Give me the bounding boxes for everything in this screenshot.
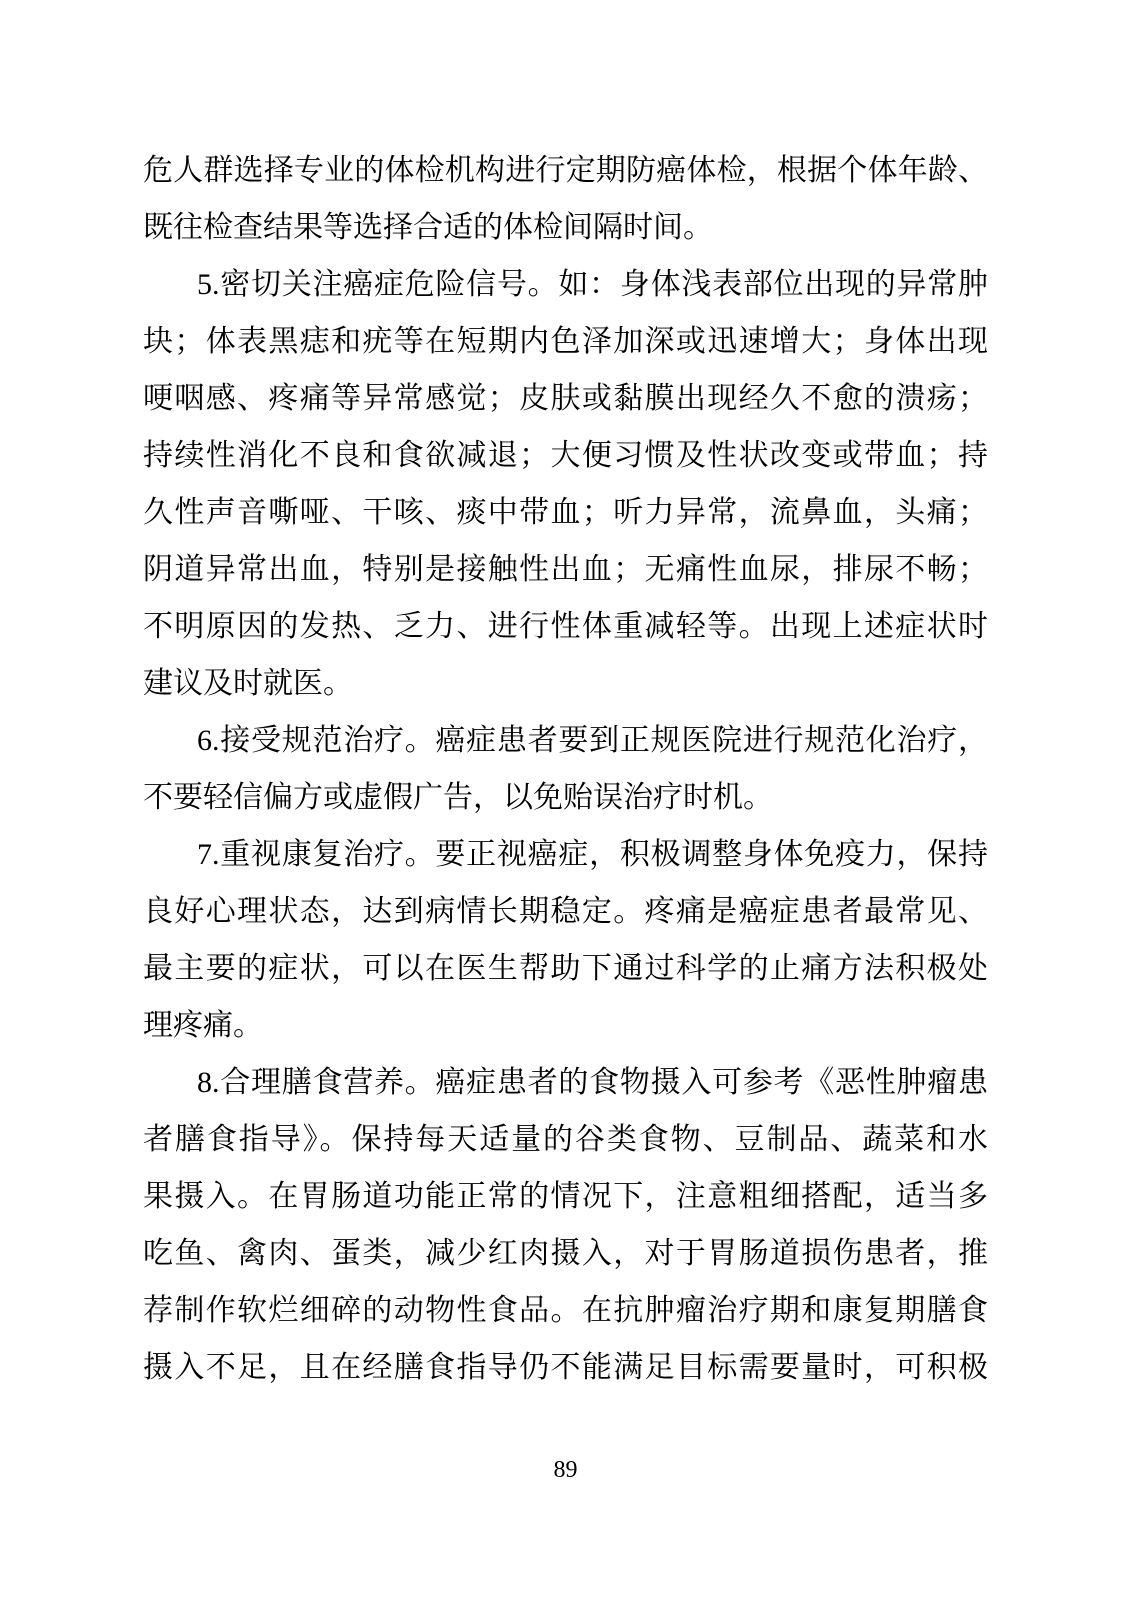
text-line: 哽咽感、疼痛等异常感觉；皮肤或黏膜出现经久不愈的溃疡；: [143, 370, 988, 427]
text-line: 理疼痛。: [143, 997, 988, 1054]
document-page: 危人群选择专业的体检机构进行定期防癌体检，根据个体年龄、既往检查结果等选择合适的…: [0, 0, 1131, 1600]
text-line: 块；体表黑痣和疣等在短期内色泽加深或迅速增大；身体出现: [143, 313, 988, 370]
text-line: 阴道异常出血，特别是接触性出血；无痛性血尿，排尿不畅；: [143, 541, 988, 598]
text-line: 不明原因的发热、乏力、进行性体重减轻等。出现上述症状时: [143, 598, 988, 655]
text-line: 5.密切关注癌症危险信号。如：身体浅表部位出现的异常肿: [143, 256, 988, 313]
text-line: 6.接受规范治疗。癌症患者要到正规医院进行规范化治疗，: [143, 712, 988, 769]
text-line: 果摄入。在胃肠道功能正常的情况下，注意粗细搭配，适当多: [143, 1168, 988, 1225]
text-line: 荐制作软烂细碎的动物性食品。在抗肿瘤治疗期和康复期膳食: [143, 1282, 988, 1339]
text-line: 久性声音嘶哑、干咳、痰中带血；听力异常，流鼻血，头痛；: [143, 484, 988, 541]
text-line: 摄入不足，且在经膳食指导仍不能满足目标需要量时，可积极: [143, 1339, 988, 1396]
text-line: 良好心理状态，达到病情长期稳定。疼痛是癌症患者最常见、: [143, 883, 988, 940]
text-line: 吃鱼、禽肉、蛋类，减少红肉摄入，对于胃肠道损伤患者，推: [143, 1225, 988, 1282]
text-line: 7.重视康复治疗。要正视癌症，积极调整身体免疫力，保持: [143, 826, 988, 883]
page-number: 89: [0, 1455, 1131, 1485]
text-line: 既往检查结果等选择合适的体检间隔时间。: [143, 199, 988, 256]
text-line: 最主要的症状，可以在医生帮助下通过科学的止痛方法积极处: [143, 940, 988, 997]
text-line: 持续性消化不良和食欲减退；大便习惯及性状改变或带血；持: [143, 427, 988, 484]
text-line: 危人群选择专业的体检机构进行定期防癌体检，根据个体年龄、: [143, 142, 988, 199]
text-line: 8.合理膳食营养。癌症患者的食物摄入可参考《恶性肿瘤患: [143, 1054, 988, 1111]
text-line: 不要轻信偏方或虚假广告，以免贻误治疗时机。: [143, 769, 988, 826]
text-line: 建议及时就医。: [143, 655, 988, 712]
text-line: 者膳食指导》。保持每天适量的谷类食物、豆制品、蔬菜和水: [143, 1111, 988, 1168]
document-body: 危人群选择专业的体检机构进行定期防癌体检，根据个体年龄、既往检查结果等选择合适的…: [143, 142, 988, 1396]
